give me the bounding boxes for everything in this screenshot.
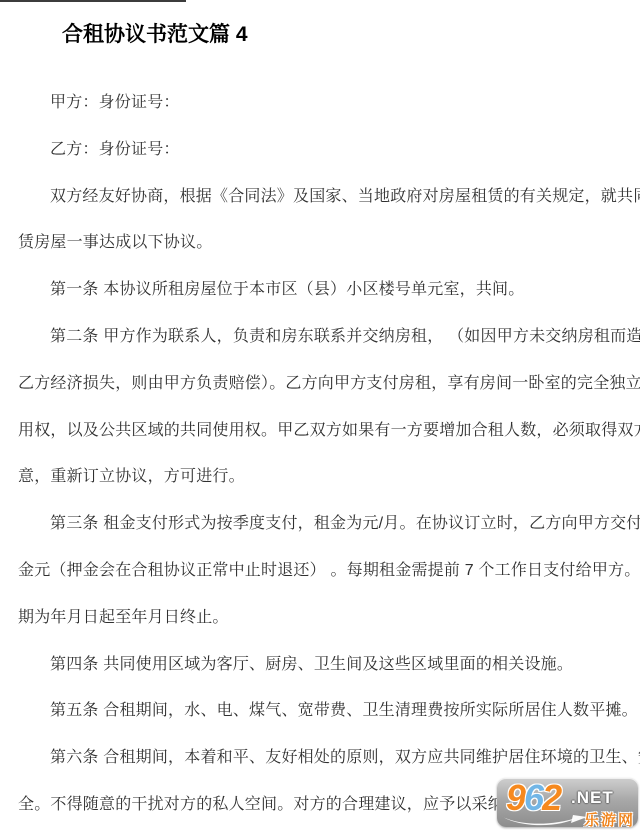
document-line: 乙方经济损失，则由甲方负责赔偿）。乙方向甲方支付房租，享有房间一卧室的完全独立使 — [18, 361, 622, 408]
logo-site-name: 乐游网 — [584, 809, 635, 827]
document-line: 第三条 租金支付形式为按季度支付，租金为元/月。在协议订立时，乙方向甲方交付押 — [18, 501, 622, 548]
page-title: 合租协议书范文篇 4 — [62, 22, 248, 48]
document-body: 甲方：身份证号： 乙方：身份证号： 双方经友好协商，根据《合同法》及国家、当地政… — [18, 80, 622, 829]
document-line: 用权，以及公共区域的共同使用权。甲乙双方如果有一方要增加合租人数，必须取得双方同 — [18, 408, 622, 455]
962net-watermark-logo: 962 .NET 乐游网 — [497, 778, 638, 827]
screenshot-edge-artifact — [0, 0, 186, 2]
document-line: 意，重新订立协议，方可进行。 — [18, 454, 622, 501]
swoosh-arrow-icon — [499, 811, 589, 826]
document-line: 双方经友好协商，根据《合同法》及国家、当地政府对房屋租赁的有关规定，就共同租 — [18, 174, 622, 221]
document-line: 乙方：身份证号： — [18, 127, 622, 174]
document-line: 金元（押金会在合租协议正常中止时退还） 。每期租金需提前 7 个工作日支付给甲方… — [18, 548, 622, 595]
document-line: 甲方：身份证号： — [18, 80, 622, 127]
document-line: 第六条 合租期间，本着和平、友好相处的原则，双方应共同维护居住环境的卫生、安 — [18, 735, 622, 782]
document-line: 期为年月日起至年月日终止。 — [18, 595, 622, 642]
document-line: 第五条 合租期间，水、电、煤气、宽带费、卫生清理费按所实际所居住人数平摊。 — [18, 688, 622, 735]
document-line: 第一条 本协议所租房屋位于本市区（县）小区楼号单元室，共间。 — [18, 267, 622, 314]
document-line: 赁房屋一事达成以下协议。 — [18, 220, 622, 267]
logo-net-suffix: .NET — [571, 788, 614, 808]
document-line: 第二条 甲方作为联系人，负责和房东联系并交纳房租， （如因甲方未交纳房租而造成 — [18, 314, 622, 361]
document-line: 第四条 共同使用区域为客厅、厨房、卫生间及这些区域里面的相关设施。 — [18, 642, 622, 689]
